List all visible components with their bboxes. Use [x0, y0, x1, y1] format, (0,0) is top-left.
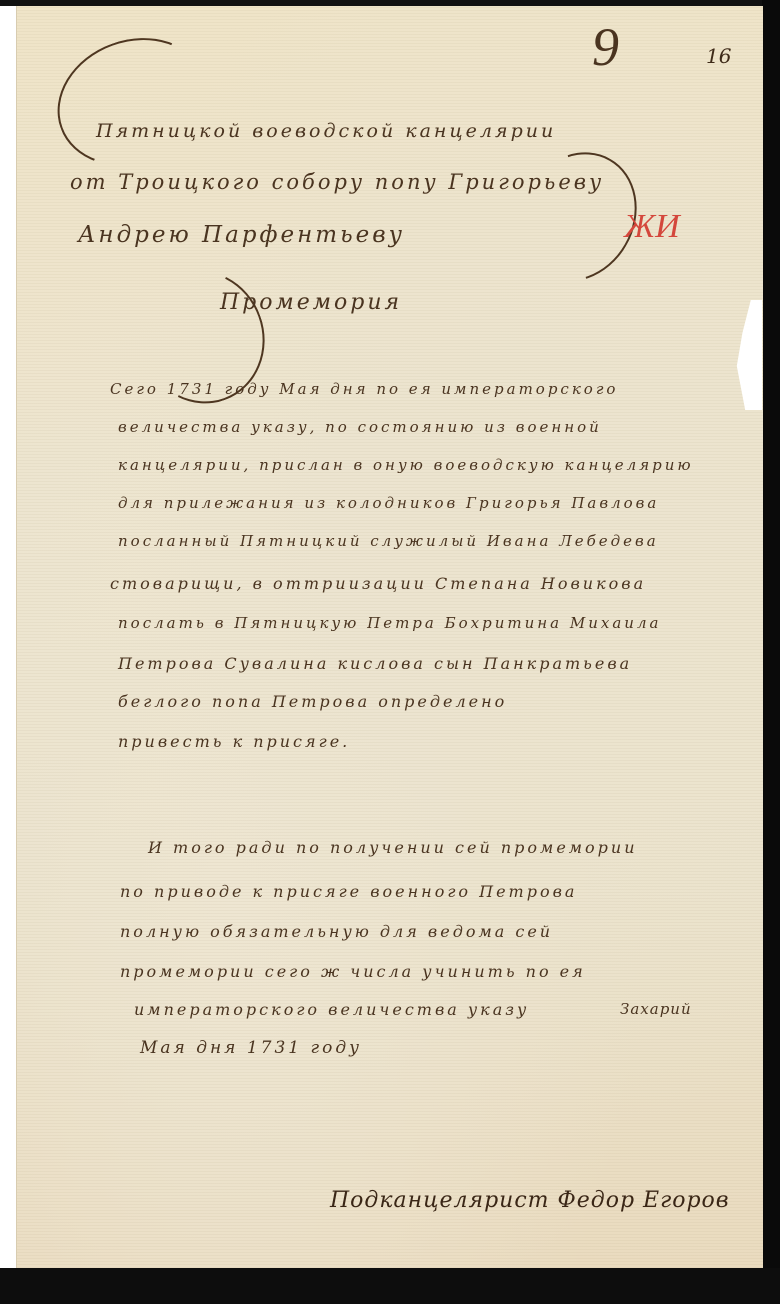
body-line-5: посланный Пятницкий служилый Ивана Лебед… [118, 532, 659, 550]
closing-line-3: полную обязательную для ведома сей [120, 922, 553, 941]
closing-line-4: промемории сего ж числа учинить по ея [120, 962, 586, 981]
heading-line-3: Андрею Парфентьеву [78, 222, 405, 248]
scan-border-right [762, 0, 780, 1304]
heading-line-4: Промемория [220, 290, 402, 315]
marginal-signature: Захарий [620, 1000, 692, 1018]
body-line-2: величества указу, по состоянию из военно… [118, 418, 602, 436]
manuscript-page [16, 6, 763, 1268]
closing-line-6: Мая дня 1731 году [140, 1038, 362, 1058]
closing-line-1: И того ради по получении сей промемории [148, 838, 638, 857]
closing-line-2: по приводе к присяге военного Петрова [120, 882, 577, 901]
heading-line-1: Пятницкой воеводской канцелярии [96, 120, 556, 142]
folio-mark: 9 [592, 16, 619, 78]
heading-line-2: от Троицкого собору попу Григорьеву [70, 170, 604, 194]
body-line-8: Петрова Сувалина кислова сын Панкратьева [118, 654, 632, 673]
page-number: 16 [706, 44, 731, 68]
body-line-3: канцелярии, прислан в оную воеводскую ка… [118, 456, 694, 474]
clerk-signature: Подканцелярист Федор Егоров [330, 1188, 730, 1213]
body-line-6: стоварищи, в оттриизации Степана Новиков… [110, 574, 646, 593]
body-line-10: привесть к присяге. [118, 732, 350, 751]
red-annotation: ЖИ [624, 208, 680, 246]
body-line-4: для прилежания из колодников Григорья Па… [118, 494, 659, 512]
closing-line-5: императорского величества указу [134, 1000, 529, 1019]
scan-border-bottom [0, 1268, 780, 1304]
body-line-9: беглого попа Петрова определено [118, 692, 507, 711]
body-line-1: Сего 1731 году Мая дня по ея императорск… [110, 380, 618, 398]
body-line-7: послать в Пятницкую Петра Бохритина Миха… [118, 614, 661, 632]
